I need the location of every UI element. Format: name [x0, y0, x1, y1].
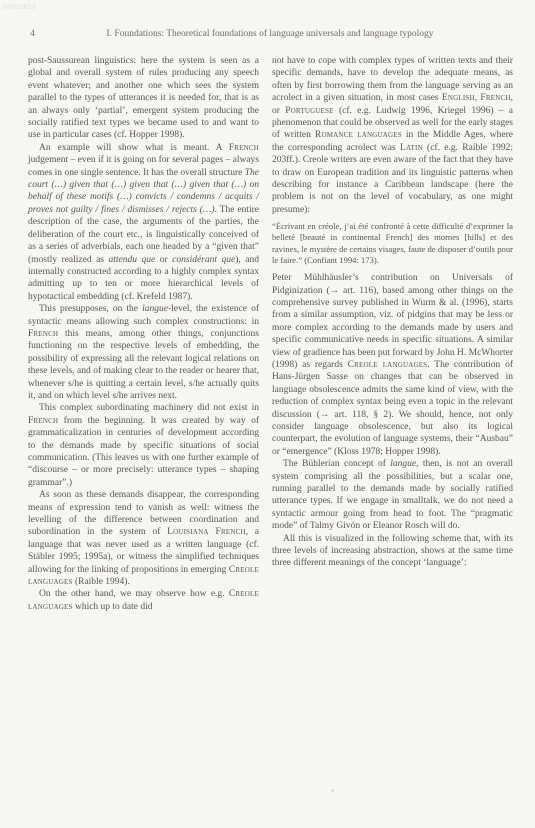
italic-text: langue [390, 459, 416, 469]
italic-text: considérant que [172, 255, 235, 265]
small-caps-term: Latin [400, 143, 423, 153]
italic-text: attendu que [109, 255, 156, 265]
small-caps-term: Louisiana French [167, 527, 246, 537]
small-caps-term: English [442, 93, 475, 103]
body-text: This complex subordinating machinery did… [39, 403, 259, 413]
body-text: this means, among other things, conjunct… [28, 329, 259, 401]
paragraph: Peter Mühlhäusler’s contribution on Univ… [272, 272, 513, 458]
paragraph: As soon as these demands disappear, the … [28, 489, 259, 588]
body-text: The Bühlerian concept of [283, 459, 390, 469]
body-text: (Raible 1994). [73, 577, 130, 587]
small-caps-term: Portuguese [285, 106, 333, 116]
book-page: { "page": { "scan_code": "00002651", "pa… [0, 0, 535, 828]
body-text: which up to date did [73, 602, 153, 612]
body-text: from the beginning. It was created by wa… [28, 416, 259, 488]
body-text: judgement – even if it is going on for s… [28, 155, 259, 177]
paragraph: On the other hand, we may observe how e.… [28, 588, 259, 613]
text-body: post-Saussurean linguistics: here the sy… [28, 55, 513, 613]
right-column: not have to cope with complex types of w… [272, 55, 513, 613]
body-text: post-Saussurean linguistics: here the sy… [28, 56, 259, 140]
italic-text: langue [142, 304, 168, 314]
body-text: “Écrivant en créole, j’ai été confronté … [272, 221, 513, 265]
body-text: or [155, 255, 172, 265]
small-caps-term: French [28, 329, 58, 339]
running-title: I. Foundations: Theoretical foundations … [28, 29, 512, 39]
running-header: 4 I. Foundations: Theoretical foundation… [28, 29, 512, 42]
block-quote: “Écrivant en créole, j’ai été confronté … [272, 221, 513, 266]
paragraph: not have to cope with complex types of w… [272, 55, 513, 216]
paragraph: This presupposes, on the langue-level, t… [28, 303, 259, 402]
small-caps-term: French [229, 143, 259, 153]
body-text: On the other hand, we may observe how e.… [39, 589, 229, 599]
paragraph: post-Saussurean linguistics: here the sy… [28, 55, 259, 142]
scan-artifact-dot [331, 789, 334, 792]
left-column: post-Saussurean linguistics: here the sy… [28, 55, 259, 613]
paragraph: All this is visualized in the following … [272, 533, 513, 570]
paragraph: The Bühlerian concept of langue, then, i… [272, 458, 513, 532]
small-caps-term: French [28, 416, 58, 426]
small-caps-term: French [480, 93, 510, 103]
small-caps-term: Romance languages [315, 130, 402, 140]
body-text: An example will show what is meant. A [39, 143, 229, 153]
paragraph: An example will show what is meant. A Fr… [28, 142, 259, 303]
small-caps-term: Creole languages [348, 360, 428, 370]
body-text: Peter Mühlhäusler’s contribution on Univ… [272, 273, 513, 370]
body-text: , then, is not an overall system compris… [272, 459, 513, 531]
body-text: (cf. e.g. Raible 1992: 203ff.). Creole w… [272, 143, 513, 215]
paragraph: This complex subordinating machinery did… [28, 402, 259, 489]
body-text: All this is visualized in the following … [272, 534, 513, 569]
body-text: This presupposes, on the [39, 304, 142, 314]
body-text: . The contribution of Hans-Jürgen Sasse … [272, 360, 513, 457]
scan-code-stamp: 00002651 [2, 4, 37, 11]
